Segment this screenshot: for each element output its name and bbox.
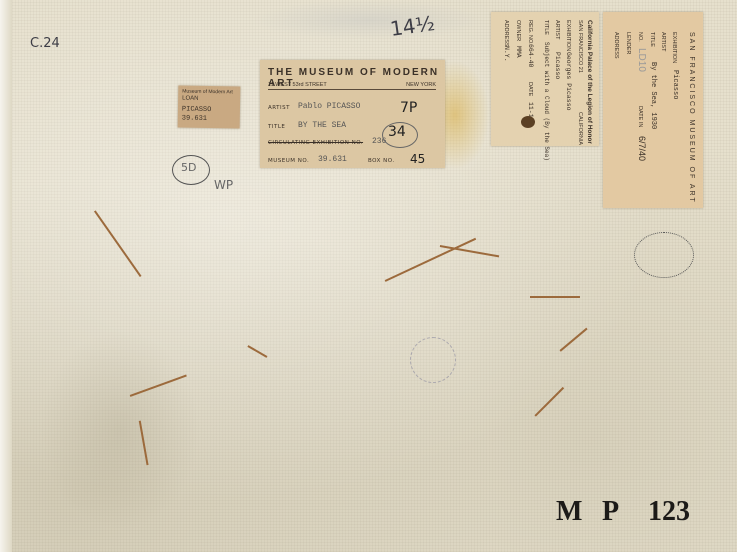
moma-artist-label: ARTIST (268, 105, 290, 111)
moma-museum-no-label: MUSEUM NO. (268, 158, 309, 164)
calif-owner-label: OWNER (515, 20, 521, 41)
twig (94, 210, 141, 276)
twig (385, 238, 476, 282)
dirt-stain (40, 330, 200, 530)
moma-title-label: TITLE (268, 124, 285, 130)
sfma-no: LD10 (636, 48, 647, 72)
twig (248, 345, 268, 357)
moma-museum-no: 39.631 (318, 155, 347, 164)
stencil-letter-m: M (556, 496, 582, 528)
loan-line-2: LOAN (182, 96, 198, 102)
moma-box-no: 45 (410, 152, 425, 166)
sfma-exhibition-label: EXHIBITION (671, 32, 677, 63)
calif-artist-label: ARTIST (554, 20, 560, 39)
grey-stain (250, 0, 490, 40)
pencil-circle-right (634, 232, 694, 278)
sfma-header: SAN FRANCISCO MUSEUM OF ART (688, 32, 695, 204)
calif-exhibition: Georges Picasso (565, 52, 572, 111)
sfma-title-label: TITLE (649, 32, 655, 47)
sfma-title: By the Sea, 1930 (649, 62, 657, 129)
sfma-artist-label: ARTIST (660, 32, 666, 51)
calif-date-label: DATE (527, 82, 533, 96)
canvas-back: C.24 14½ 5D WP THE MUSEUM OF MODERN ART … (0, 0, 737, 552)
label-hole (521, 116, 535, 128)
calif-state: CALIFORNIA (577, 112, 583, 145)
loan-line-3: PICASSO (182, 106, 212, 115)
sfma-exhibition: Picasso (671, 70, 679, 99)
moma-city: NEW YORK (406, 82, 436, 88)
faded-stamp (410, 337, 456, 383)
calif-header: California Palace of the Legion of Honor (586, 20, 593, 144)
sfma-address-label: ADDRESS (613, 32, 619, 59)
calif-reg-no-label: REG. NO. (527, 20, 533, 45)
moma-artist: Pablo PICASSO (298, 102, 360, 111)
sfma-lender-label: LENDER (625, 32, 631, 54)
sfma-no-label: NO. (637, 32, 643, 42)
twig (534, 387, 563, 416)
sfma-label: SAN FRANCISCO MUSEUM OF ART EXHIBITION P… (603, 12, 703, 208)
pencil-note-wp: WP (214, 178, 233, 192)
twig (530, 296, 580, 298)
moma-label: THE MUSEUM OF MODERN ART 11 WEST 53rd ST… (260, 60, 445, 168)
pencil-note-c24: C.24 (30, 36, 60, 51)
moma-title: BY THE SEA (298, 121, 346, 130)
stencil-number: 123 (648, 496, 690, 528)
calif-city: SAN FRANCISCO 21 (577, 20, 583, 73)
stencil-letter-p: P (602, 496, 619, 528)
moma-hand-note-1: 7P (400, 100, 417, 116)
calif-reg-no: 664-40 (527, 44, 534, 67)
calif-artist: Picasso (554, 52, 561, 79)
calif-address: N.Y. (503, 46, 510, 62)
loan-line-1: Museum of Modern Art (182, 89, 233, 96)
calif-exhibition-label: EXHIBITION (565, 20, 571, 51)
moma-address-row: 11 WEST 53rd STREET NEW YORK (268, 82, 436, 90)
calif-title-label: TITLE (543, 20, 549, 35)
calif-title: Subject with a Cloud (By the Sea) (543, 42, 550, 161)
calif-address-label: ADDRESS (503, 20, 509, 47)
twig (560, 328, 588, 352)
moma-hand-note-2: 34 (388, 124, 406, 140)
california-label: California Palace of the Legion of Honor… (491, 12, 599, 146)
moma-box-no-label: BOX NO. (368, 158, 395, 164)
sfma-date-in: 6/7/40 (637, 136, 647, 161)
moma-loan-label: Museum of Modern Art LOAN PICASSO 39.631 (178, 85, 241, 128)
canvas-edge (0, 0, 12, 552)
calif-owner: MMA (515, 46, 522, 58)
loan-line-4: 39.631 (182, 115, 207, 123)
moma-address: 11 WEST 53rd STREET (268, 82, 327, 88)
sfma-date-in-label: DATE IN (637, 106, 643, 127)
moma-circulating-label: CIRCULATING EXHIBITION NO. (268, 140, 363, 146)
pencil-note-circled: 5D (181, 161, 196, 174)
